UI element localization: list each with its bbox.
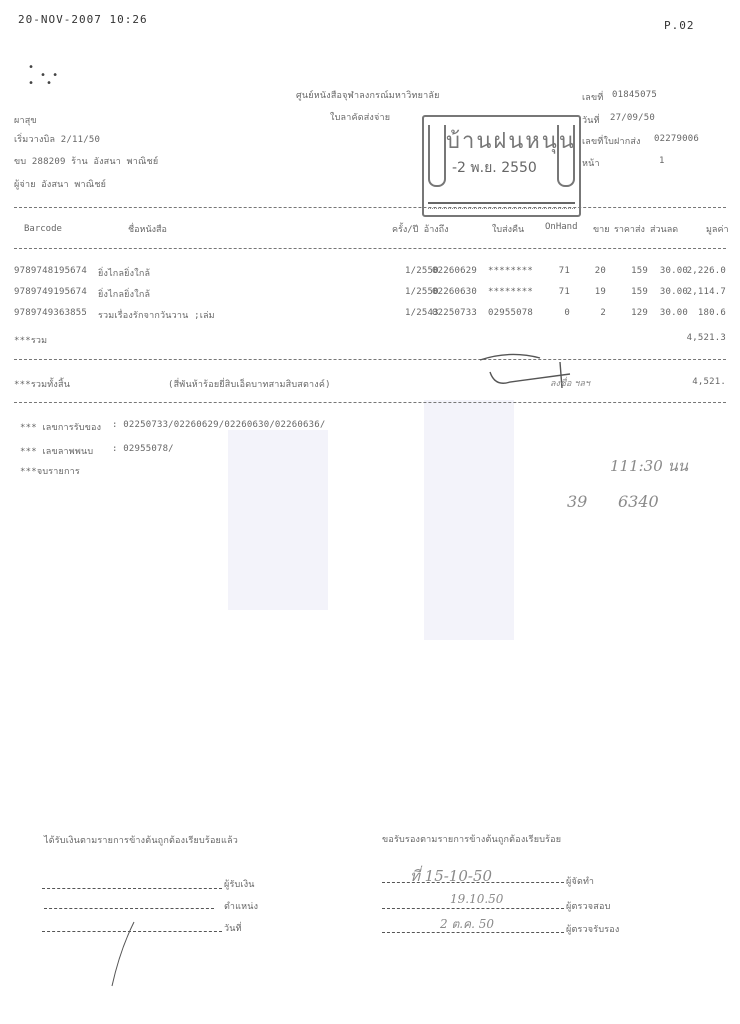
col-header-price: ราคาส่ง	[614, 222, 645, 236]
cell-slip: ********	[488, 287, 533, 297]
handwritten-note-amount: 6340	[618, 492, 659, 511]
payer-name: ผู้จ่าย อังสนา พาณิชย์	[14, 177, 106, 191]
footer-left-heading: ได้รับเงินตามรายการข้างต้นถูกต้องเรียบร้…	[44, 833, 238, 847]
field-position: ตำแหน่ง	[224, 899, 258, 913]
handwritten-date-1: ที่ 15-10-50	[410, 864, 492, 888]
fax-timestamp: 20-NOV-2007 10:26	[18, 13, 148, 26]
customer-account: ขบ 288209 ร้าน อังสนา พาณิชย์	[14, 154, 158, 168]
cell-title: ยิ่งไกลยิ่งใกล้	[98, 287, 150, 301]
footer-right-heading: ขอรับรองตามรายการข้างต้นถูกต้องเรียบร้อย	[382, 832, 561, 846]
scan-ghost	[424, 400, 514, 640]
col-header-onhand: OnHand	[545, 222, 578, 232]
subtotal-value: 4,521.3	[687, 333, 726, 343]
page-number: 1	[659, 156, 665, 166]
handwritten-note-time: 111:30 นน	[610, 454, 688, 478]
cell-sold: 2	[600, 308, 606, 318]
cell-slip: 02955078	[488, 308, 533, 318]
doc-date-label: วันที่	[582, 113, 600, 127]
divider	[14, 248, 726, 249]
cell-title: รวมเรื่องรักจากวันวาน ;เล่ม	[98, 308, 215, 322]
cell-onhand: 71	[559, 287, 570, 297]
cell-ref: 02260630	[432, 287, 477, 297]
end-of-list: ***จบรายการ	[20, 464, 80, 478]
col-header-barcode: Barcode	[24, 224, 62, 234]
divider	[14, 402, 726, 403]
cell-barcode: 9789749195674	[14, 287, 87, 297]
cell-price: 159	[631, 287, 648, 297]
cell-value: 2,226.0	[687, 266, 726, 276]
signature-line	[42, 888, 222, 889]
speckle-marks: • • •• •	[28, 64, 58, 88]
total-label: ***รวมทั้งสิ้น	[14, 377, 70, 391]
note-receipt-value: : 02250733/02260629/02260630/02260636/	[112, 420, 326, 430]
reference-number: 02279006	[654, 134, 699, 144]
doc-date: 27/09/50	[610, 113, 655, 123]
doc-number: 01845075	[612, 90, 657, 100]
handwritten-note-qty: 39	[567, 492, 587, 511]
cell-barcode: 9789749363855	[14, 308, 87, 318]
col-header-title: ชื่อหนังสือ	[128, 222, 167, 236]
handwritten-date-2: 19.10.50	[450, 892, 503, 906]
col-header-sold: ขาย	[593, 222, 609, 236]
handwritten-date-3: 2 ต.ค. 50	[440, 915, 494, 934]
pen-stroke	[100, 920, 140, 990]
field-certified-by: ผู้ตรวจรับรอง	[566, 922, 619, 936]
cell-onhand: 0	[564, 308, 570, 318]
stamp-date: -2 พ.ย. 2550	[452, 157, 537, 179]
company-name: ศูนย์หนังสือจุฬาลงกรณ์มหาวิทยาลัย	[296, 88, 440, 102]
divider	[14, 207, 726, 208]
cell-title: ยิ่งไกลยิ่งใกล้	[98, 266, 150, 280]
scan-ghost	[228, 430, 328, 610]
cell-ref: 02260629	[432, 266, 477, 276]
stamp-title: บ้านฝนหนุน	[446, 123, 576, 158]
cell-discount: 30.00	[660, 287, 688, 297]
col-header-value: มูลค่า	[706, 222, 729, 236]
field-prepared-by: ผู้จัดทำ	[566, 874, 594, 888]
total-value: 4,521.	[692, 377, 726, 387]
field-checked-by: ผู้ตรวจสอบ	[566, 899, 611, 913]
received-stamp: บ้านฝนหนุน -2 พ.ย. 2550	[422, 115, 581, 217]
document-title: ใบลาคัดส่งจ่าย	[330, 110, 390, 124]
col-header-slip: ใบส่งคืน	[492, 222, 524, 236]
cell-discount: 30.00	[660, 266, 688, 276]
col-header-discount: ส่วนลด	[650, 222, 678, 236]
cell-onhand: 71	[559, 266, 570, 276]
cell-price: 159	[631, 266, 648, 276]
cell-discount: 30.00	[660, 308, 688, 318]
cell-sold: 20	[595, 266, 606, 276]
customer-line-1: ผาสุข	[14, 113, 37, 127]
reference-label: เลขที่ใบฝากส่ง	[582, 134, 641, 148]
field-receiver: ผู้รับเงิน	[224, 877, 255, 891]
signature-line	[382, 908, 564, 909]
page-label: หน้า	[582, 156, 600, 170]
cell-value: 2,114.7	[687, 287, 726, 297]
signature-note: ลงชื่อ ฯลฯ	[550, 376, 590, 390]
signature-line	[44, 908, 214, 909]
subtotal-label: ***รวม	[14, 333, 47, 347]
cell-ref: 02250733	[432, 308, 477, 318]
cell-slip: ********	[488, 266, 533, 276]
cell-price: 129	[631, 308, 648, 318]
note-return-value: : 02955078/	[112, 444, 174, 454]
cell-sold: 19	[595, 287, 606, 297]
total-amount-words: (สี่พันห้าร้อยยี่สิบเอ็ดบาทสามสิบสตางค์)	[168, 377, 331, 391]
cell-value: 180.6	[698, 308, 726, 318]
stamp-bracket-left	[428, 125, 446, 187]
billing-start-date: เริ่มวางบิล 2/11/50	[14, 132, 100, 146]
cell-barcode: 9789748195674	[14, 266, 87, 276]
note-return-label: *** เลขลาพพนบ	[20, 444, 93, 458]
fax-page-number: P.02	[664, 19, 695, 32]
note-receipt-label: *** เลขการรับของ	[20, 420, 101, 434]
doc-number-label: เลขที่	[582, 90, 603, 104]
col-header-edition: ครั้ง/ปี อ้างถึง	[392, 222, 449, 236]
field-date: วันที่	[224, 921, 242, 935]
